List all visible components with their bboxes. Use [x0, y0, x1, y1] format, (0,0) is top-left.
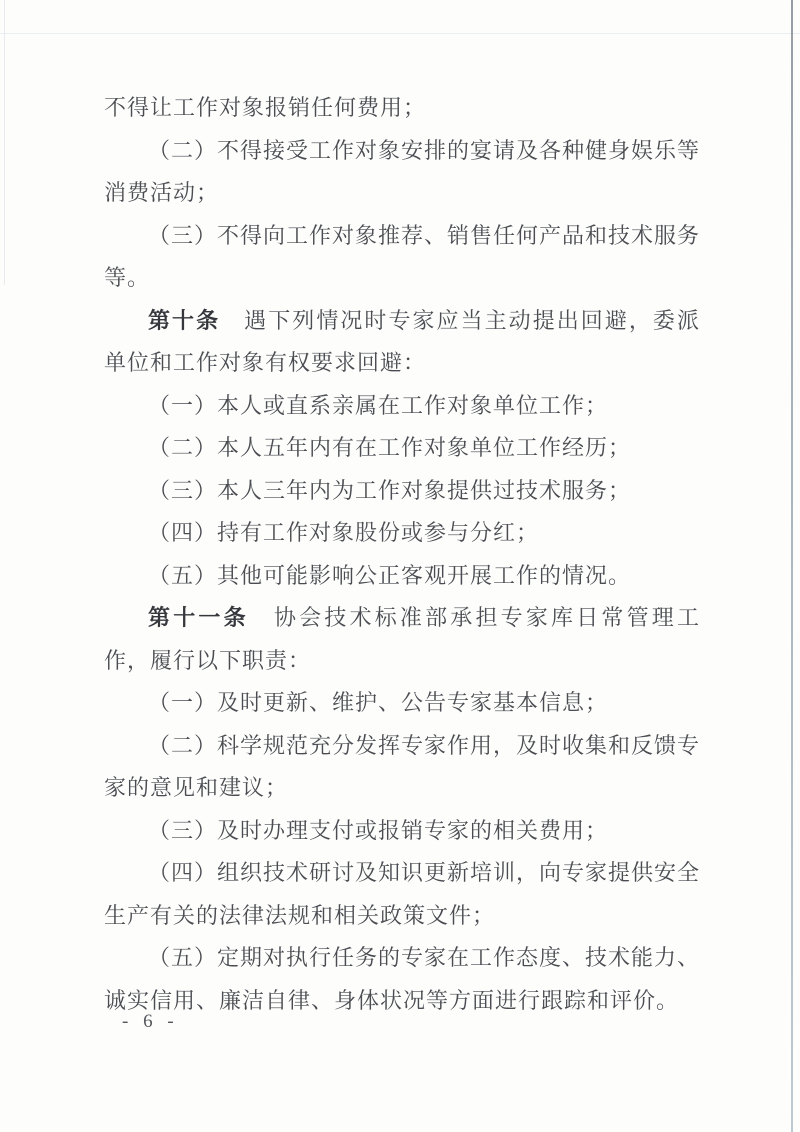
scan-artifact-left-line: [4, 0, 5, 285]
paragraph-item-3: （三）不得向工作对象推荐、销售任何产品和技术服务等。: [104, 215, 700, 300]
page-number: - 6 -: [122, 1011, 179, 1033]
paragraph-article-11-item-2: （二）科学规范充分发挥专家作用，及时收集和反馈专家的意见和建议；: [104, 725, 700, 810]
paragraph-article-11-item-3: （三）及时办理支付或报销专家的相关费用；: [104, 810, 700, 853]
scan-artifact-top-line: [0, 33, 800, 34]
scan-artifact-right-line: [791, 0, 793, 1132]
paragraph-article-11: 第十一条 协会技术标准部承担专家库日常管理工作，履行以下职责：: [104, 597, 700, 682]
paragraph-article-10-item-3: （三）本人三年内为工作对象提供过技术服务；: [104, 470, 700, 513]
paragraph-item-2: （二）不得接受工作对象安排的宴请及各种健身娱乐等消费活动；: [104, 130, 700, 215]
paragraph-article-10-item-4: （四）持有工作对象股份或参与分红；: [104, 512, 700, 555]
paragraph-article-10-item-5: （五）其他可能影响公正客观开展工作的情况。: [104, 555, 700, 598]
paragraph-article-11-item-4: （四）组织技术研讨及知识更新培训，向专家提供安全生产有关的法律法规和相关政策文件…: [104, 852, 700, 937]
paragraph-article-11-item-1: （一）及时更新、维护、公告专家基本信息；: [104, 682, 700, 725]
paragraph-article-10: 第十条 遇下列情况时专家应当主动提出回避，委派单位和工作对象有权要求回避：: [104, 300, 700, 385]
article-10-heading: 第十条: [148, 308, 220, 333]
document-text: 不得让工作对象报销任何费用； （二）不得接受工作对象安排的宴请及各种健身娱乐等消…: [104, 87, 700, 1022]
article-11-heading: 第十一条: [148, 605, 249, 630]
document-page: 不得让工作对象报销任何费用； （二）不得接受工作对象安排的宴请及各种健身娱乐等消…: [0, 0, 800, 1132]
paragraph-continuation: 不得让工作对象报销任何费用；: [104, 87, 700, 130]
paragraph-article-10-item-1: （一）本人或直系亲属在工作对象单位工作；: [104, 385, 700, 428]
paragraph-article-10-item-2: （二）本人五年内有在工作对象单位工作经历；: [104, 427, 700, 470]
paragraph-article-11-item-5: （五）定期对执行任务的专家在工作态度、技术能力、诚实信用、廉洁自律、身体状况等方…: [104, 937, 700, 1022]
